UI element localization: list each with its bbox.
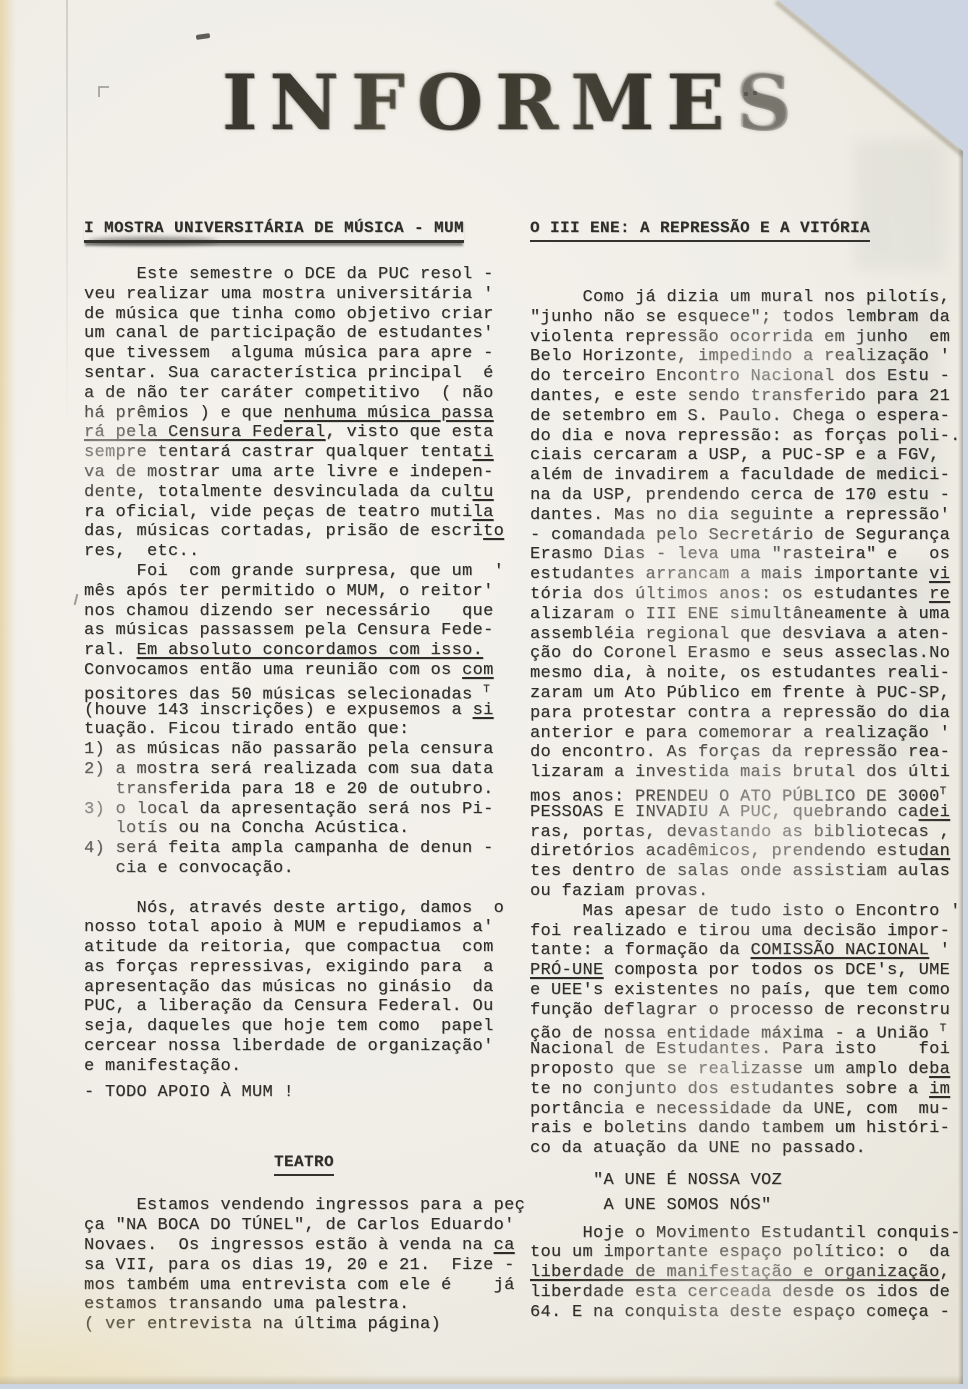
text-line: para protestar contra a repressão do dia	[530, 704, 966, 724]
paragraph: Este semestre o DCE da PUC resol -veu re…	[84, 265, 524, 562]
text-line: Este semestre o DCE da PUC resol -	[84, 265, 524, 285]
text-line: ciais cercaram a USP, a PUC-SP e a FGV,	[530, 446, 966, 466]
text-line: seja, daqueles que hoje tem como papel	[84, 1017, 524, 1037]
text-line: (houve 143 inscrições) e expusemos a si	[84, 701, 524, 721]
text-line: sentar. Sua característica principal é	[84, 364, 524, 384]
paragraph: Como já dizia um mural nos pilotís,"junh…	[530, 288, 966, 902]
scan-artifact	[74, 594, 79, 605]
left-column: I MOSTRA UNIVERSITÁRIA DE MÚSICA - MUM E…	[84, 218, 524, 1335]
text-line: Foi com grande surpresa, que um '	[84, 562, 524, 582]
page-title: INFORMES	[222, 60, 738, 146]
paper-crease	[66, 0, 68, 430]
text-line: ra oficial, vide peças de teatro mutila	[84, 503, 524, 523]
text-line: va de mostrar uma arte livre e indepen-	[84, 463, 524, 483]
text-line: de música que tinha como objetivo criar	[84, 305, 524, 325]
section-heading-mum-text: I MOSTRA UNIVERSITÁRIA DE MÚSICA - MUM	[84, 218, 464, 243]
text-line: atitude da reitoria, que compactua com	[84, 938, 524, 958]
text-line: lizaram a investida mais brutal dos últi	[530, 763, 966, 783]
text-line: positores das 50 músicas selecionadas T	[84, 681, 524, 701]
text-line: proposto que se realizasse um amplo deba	[530, 1060, 966, 1080]
text-line: que tivessem alguma música para apre -	[84, 344, 524, 364]
section-heading-teatro: TEATRO	[84, 1152, 524, 1176]
text-line: co da atuação da UNE no passado.	[530, 1139, 966, 1159]
text-line: 2) a mostra será realizada com sua data	[84, 760, 524, 780]
text-line: apresentação das músicas no ginásio da	[84, 978, 524, 998]
text-line: PUC, a liberação da Censura Federal. Ou	[84, 997, 524, 1017]
text-line: A UNE SOMOS NÓS"	[530, 1196, 966, 1216]
numbered-list: 1) as músicas não passarão pela censura2…	[84, 740, 524, 879]
text-line: "A UNE É NOSSA VOZ	[530, 1171, 966, 1191]
text-line: Mas apesar de tudo isto o Encontro '	[530, 902, 966, 922]
text-line: mês após ter permitido o MUM, o reitor'	[84, 582, 524, 602]
text-line: nosso total apoio à MUM e repudiamos a'	[84, 918, 524, 938]
text-line: portância e necessidade da UNE, com mu-	[530, 1100, 966, 1120]
text-line: Nacional de Estudantes. Para isto foi	[530, 1040, 966, 1060]
text-line: PRÓ-UNE composta por todos os DCE's, UME	[530, 961, 966, 981]
text-line: dantes. Mas no dia seguinte a repressão'	[530, 506, 966, 526]
text-line: foi realizado e tirou uma decisão impor-	[530, 922, 966, 942]
slogan-une-line1: "A UNE É NOSSA VOZ	[530, 1171, 966, 1191]
text-line: ral. Em absoluto concordamos com isso.	[84, 641, 524, 661]
text-line: Nós, através deste artigo, damos o	[84, 899, 524, 919]
scan-artifact	[98, 86, 109, 97]
paper-stain	[0, 1264, 420, 1384]
text-line: tou um importante espaço político: o da	[530, 1243, 966, 1263]
paragraph: Foi com grande surpresa, que um 'mês apó…	[84, 562, 524, 740]
text-line: mos anos: PRENDEU O ATO PÚBLICO DE 3000T	[530, 783, 966, 803]
text-line: res, etc..	[84, 542, 524, 562]
text-line: 4) será feita ampla campanha de denun -	[84, 839, 524, 859]
text-line: função deflagrar o processo de reconstru	[530, 1001, 966, 1021]
text-line: há prêmios ) e que nenhuma música passa	[84, 404, 524, 424]
text-line: cercear nossa liberdade de organização'	[84, 1037, 524, 1057]
text-line: tes dentro de salas onde assistiam aulas	[530, 862, 966, 882]
text-line: zaram um Ato Público em frente à PUC-SP,	[530, 684, 966, 704]
text-line: 1) as músicas não passarão pela censura	[84, 740, 524, 760]
text-line: violenta repressão ocorrida em junho em	[530, 328, 966, 348]
text-line: tante: a formação da COMISSÃO NACIONAL '	[530, 941, 966, 961]
text-line: ras, portas, devastando as bibliotecas ,	[530, 823, 966, 843]
text-line: liberdade de manifestação e organização,	[530, 1263, 966, 1283]
text-line: estudantes arrancam a mais importante vi	[530, 565, 966, 585]
text-line: Belo Horizonte, impedindo a realização '	[530, 347, 966, 367]
text-line: do encontro. As forças da repressão rea-	[530, 743, 966, 763]
text-line: Novaes. Os ingressos estão à venda na ca	[84, 1236, 524, 1256]
text-line: mesmo dia, à noite, os estudantes reali-	[530, 664, 966, 684]
text-line: um canal de participação de estudantes'	[84, 324, 524, 344]
text-line: do terceiro Encontro Nacional dos Estu -	[530, 367, 966, 387]
paragraph: Mas apesar de tudo isto o Encontro 'foi …	[530, 902, 966, 1159]
text-line: nos chamou dizendo ser necessário que	[84, 602, 524, 622]
cut-corner-shadow	[775, 0, 967, 157]
text-line: cia e convocação.	[84, 859, 524, 879]
text-line: e UEE's existentes no país, que tem como	[530, 981, 966, 1001]
text-line: diretórios acadêmicos, prendendo estudan	[530, 842, 966, 862]
paper-edge-left	[0, 0, 16, 1384]
section-heading-teatro-text: TEATRO	[274, 1152, 334, 1176]
text-line: Hoje o Movimento Estudantil conquis-	[530, 1224, 966, 1244]
text-line: Estamos vendendo ingressos para a peç	[84, 1196, 524, 1216]
text-line: na da USP, prendendo cerca de 170 estu -	[530, 486, 966, 506]
text-line: "junho não se esquece"; todos lembram da	[530, 308, 966, 328]
section-heading-mum: I MOSTRA UNIVERSITÁRIA DE MÚSICA - MUM	[84, 218, 524, 243]
text-line: - TODO APOIO À MUM !	[84, 1083, 524, 1103]
text-line: ça "NA BOCA DO TÚNEL", de Carlos Eduardo…	[84, 1216, 524, 1236]
paper-edge-right	[958, 145, 963, 1384]
text-line: as forças repressivas, exigindo para a	[84, 958, 524, 978]
paper: INFORMES I MOSTRA UNIVERSITÁRIA DE MÚSIC…	[0, 0, 963, 1384]
section-heading-ene-text: O III ENE: A REPRESSÃO E A VITÓRIA	[530, 218, 870, 242]
text-line: sempre tentará castrar qualquer tentati	[84, 443, 524, 463]
text-line: tuação. Ficou tirado então que:	[84, 720, 524, 740]
text-line: e manifestação.	[84, 1057, 524, 1077]
text-line: 64. E na conquista deste espaço começa -	[530, 1303, 966, 1323]
text-line: dantes, e este sendo transferido para 21	[530, 387, 966, 407]
text-line: rais e boletins dando tambem um históri-	[530, 1119, 966, 1139]
text-line: Convocamos então uma reunião com os com	[84, 661, 524, 681]
text-line: das, músicas cortadas, prisão de escrito	[84, 522, 524, 542]
text-line: ção de nossa entidade máxima - a União T	[530, 1020, 966, 1040]
text-line: além de invadirem a faculdade de medici-	[530, 466, 966, 486]
paper-edge-bottom	[0, 1375, 963, 1384]
text-line: PESSOAS E INVADIU A PUC, quebrando cadei	[530, 803, 966, 823]
slogan-une-line2: A UNE SOMOS NÓS"	[530, 1196, 966, 1216]
text-line: - comandada pelo Secretário de Segurança	[530, 526, 966, 546]
text-line: 3) o local da apresentação será nos Pi-	[84, 800, 524, 820]
text-line: Erasmo Dias - leva uma "rasteira" e os	[530, 545, 966, 565]
text-line: rá pela Censura Federal, visto que esta	[84, 423, 524, 443]
paragraph: Hoje o Movimento Estudantil conquis-tou …	[530, 1224, 966, 1323]
text-line: tória dos últimos anos: os estudantes re	[530, 585, 966, 605]
text-line: alizaram o III ENE simultâneamente à uma	[530, 605, 966, 625]
text-line: liberdade esta cerceada desde os idos de	[530, 1283, 966, 1303]
text-line: veu realizar uma mostra universitária '	[84, 285, 524, 305]
text-line: anterior e para comemorar a realização '	[530, 724, 966, 744]
scan-artifact	[744, 92, 748, 96]
right-column: O III ENE: A REPRESSÃO E A VITÓRIA Como …	[530, 218, 966, 1323]
section-heading-ene: O III ENE: A REPRESSÃO E A VITÓRIA	[530, 218, 966, 242]
text-line: ou faziam provas.	[530, 882, 966, 902]
text-line: lotís ou na Concha Acústica.	[84, 819, 524, 839]
text-line: dente, totalmente desvinculada da cultu	[84, 483, 524, 503]
text-line: a de não ter caráter competitivo ( não	[84, 384, 524, 404]
scan-artifact	[196, 33, 211, 40]
text-line: de setembro em S. Paulo. Chega o espera-	[530, 407, 966, 427]
slogan-mum: - TODO APOIO À MUM !	[84, 1083, 524, 1103]
text-line: ção do Coronel Erasmo e seus asseclas.No	[530, 644, 966, 664]
text-line: assembléia regional que desviava a aten-	[530, 625, 966, 645]
text-line: Como já dizia um mural nos pilotís,	[530, 288, 966, 308]
text-line: as músicas passassem pela Censura Fede-	[84, 621, 524, 641]
text-line: transferida para 18 e 20 de outubro.	[84, 780, 524, 800]
text-line: do dia e nova repressão: as forças poli-…	[530, 427, 966, 447]
paragraph: Nós, através deste artigo, damos onosso …	[84, 899, 524, 1077]
text-line: te no conjunto dos estudantes sobre a im	[530, 1080, 966, 1100]
